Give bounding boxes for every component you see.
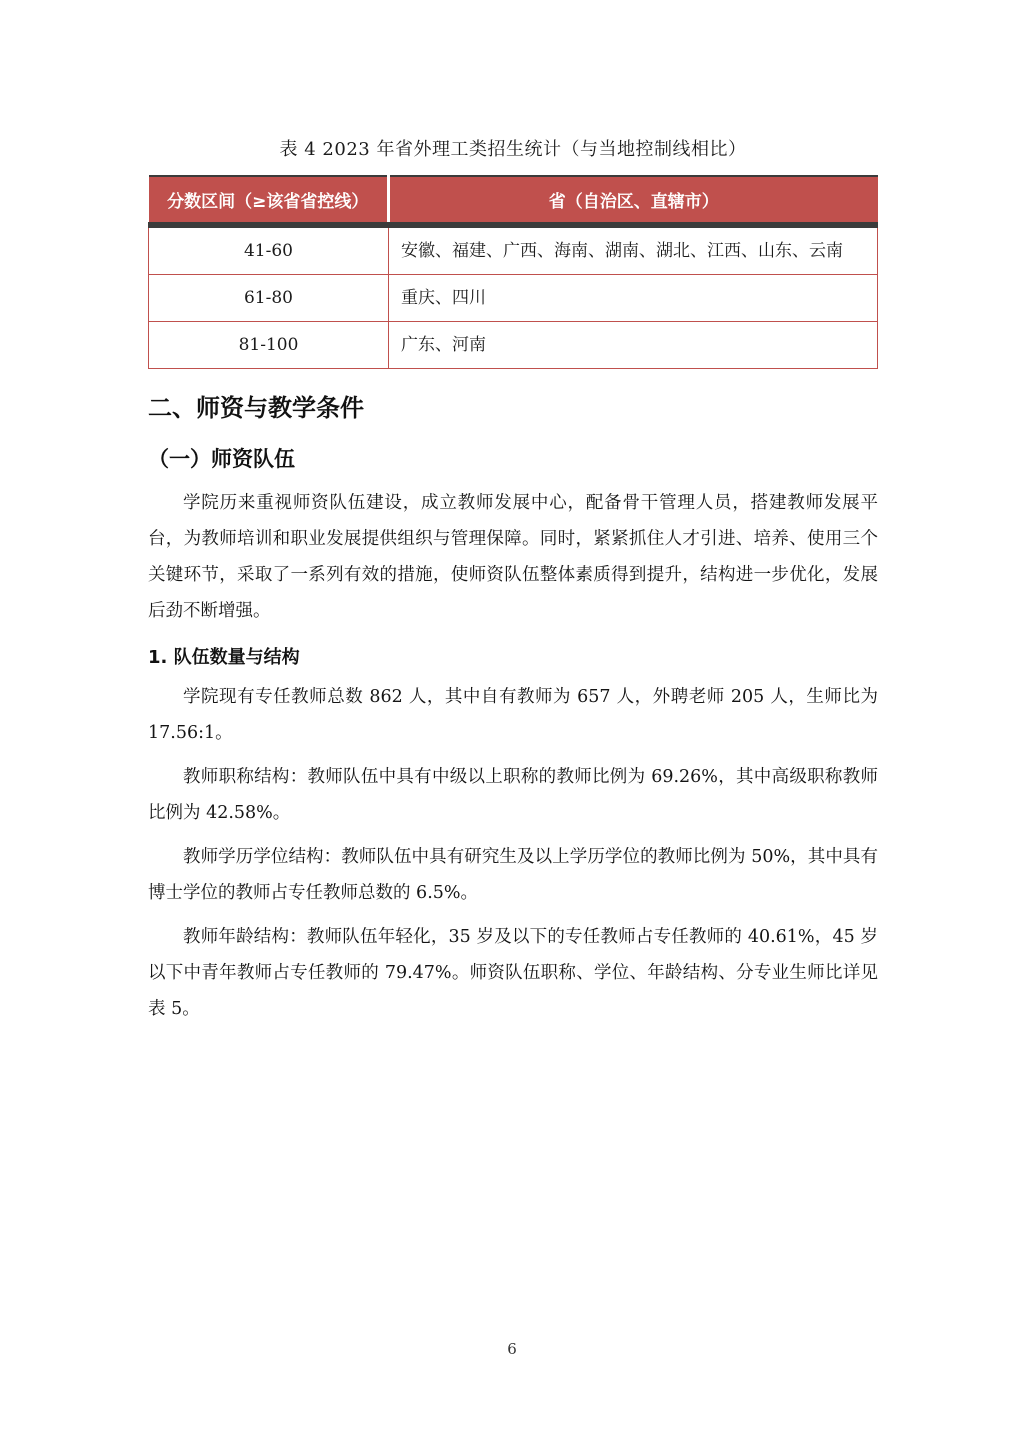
page-number: 6: [0, 1340, 1024, 1358]
column-header-province: 省（自治区、直辖市）: [389, 176, 878, 225]
table-row: 41-60 安徽、福建、广西、海南、湖南、湖北、江西、山东、云南: [149, 225, 878, 275]
score-range-cell: 81-100: [149, 322, 389, 369]
page-content: 表 4 2023 年省外理工类招生统计（与当地控制线相比） 分数区间（≥该省省控…: [148, 0, 878, 1027]
score-range-cell: 61-80: [149, 275, 389, 322]
table-row: 81-100 广东、河南: [149, 322, 878, 369]
section-heading-faculty-and-teaching: 二、师资与教学条件: [148, 393, 878, 423]
column-header-score-range: 分数区间（≥该省省控线）: [149, 176, 389, 225]
paragraph-degree-structure: 教师学历学位结构：教师队伍中具有研究生及以上学历学位的教师比例为 50%，其中具…: [148, 839, 878, 911]
paragraph-teacher-counts: 学院现有专任教师总数 862 人，其中自有教师为 657 人，外聘老师 205 …: [148, 679, 878, 751]
provinces-cell: 重庆、四川: [389, 275, 878, 322]
subheading-team-size-structure: 1. 队伍数量与结构: [148, 645, 878, 671]
table4-caption: 表 4 2023 年省外理工类招生统计（与当地控制线相比）: [148, 138, 878, 162]
provinces-cell: 广东、河南: [389, 322, 878, 369]
paragraph-faculty-intro: 学院历来重视师资队伍建设，成立教师发展中心，配备骨干管理人员，搭建教师发展平台，…: [148, 485, 878, 629]
subsection-heading-faculty-team: （一）师资队伍: [148, 445, 878, 473]
table-row: 61-80 重庆、四川: [149, 275, 878, 322]
admission-stats-table: 分数区间（≥该省省控线） 省（自治区、直辖市） 41-60 安徽、福建、广西、海…: [148, 175, 878, 369]
table-header-row: 分数区间（≥该省省控线） 省（自治区、直辖市）: [149, 176, 878, 225]
paragraph-age-structure: 教师年龄结构：教师队伍年轻化，35 岁及以下的专任教师占专任教师的 40.61%…: [148, 919, 878, 1027]
provinces-cell: 安徽、福建、广西、海南、湖南、湖北、江西、山东、云南: [389, 225, 878, 275]
paragraph-title-structure: 教师职称结构：教师队伍中具有中级以上职称的教师比例为 69.26%，其中高级职称…: [148, 759, 878, 831]
score-range-cell: 41-60: [149, 225, 389, 275]
